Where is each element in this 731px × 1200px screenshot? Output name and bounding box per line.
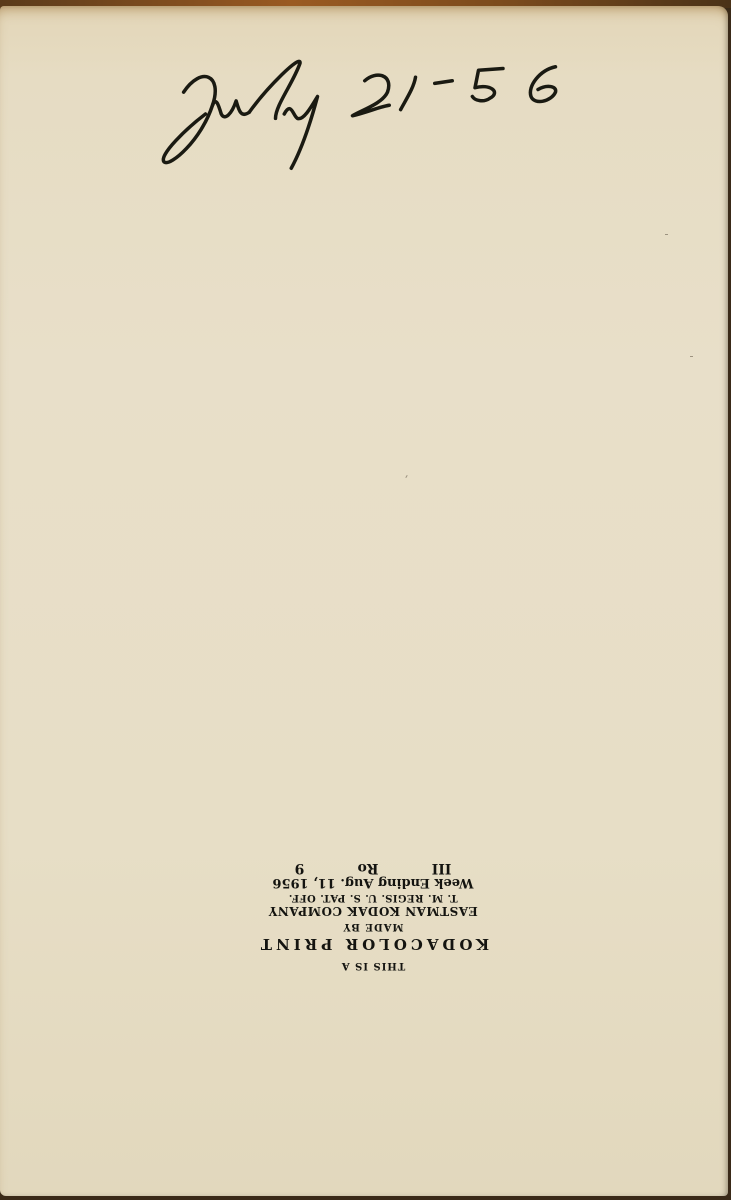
stamp-line-week-ending: Week Ending Aug. 11, 1956 [228,876,518,889]
paper-speck [690,356,693,357]
stamp-code-2: Ro [358,861,379,875]
stamp-line-made-by: MADE BY [228,921,518,931]
stamp-line-kodacolor-print: KODACOLOR PRINT [228,936,518,951]
handwritten-date-glyphs [128,44,598,184]
photo-back-card: July 21-56 [0,6,728,1196]
stamp-code-1: III [432,861,452,875]
stamp-line-this-is-a: THIS IS A [228,960,518,970]
stamp-code-3: 9 [295,861,305,875]
paper-speck [405,475,407,478]
stamp-line-trademark: T. M. REGIS. U. S. PAT. OFF. [228,892,518,902]
stamp-line-codes: III Ro 9 [228,861,518,875]
handwritten-date: July 21-56 [128,44,598,184]
kodacolor-stamp: THIS IS A KODACOLOR PRINT MADE BY EASTMA… [228,824,518,972]
paper-speck [665,234,668,235]
stamp-line-eastman-kodak: EASTMAN KODAK COMPANY [228,905,518,917]
